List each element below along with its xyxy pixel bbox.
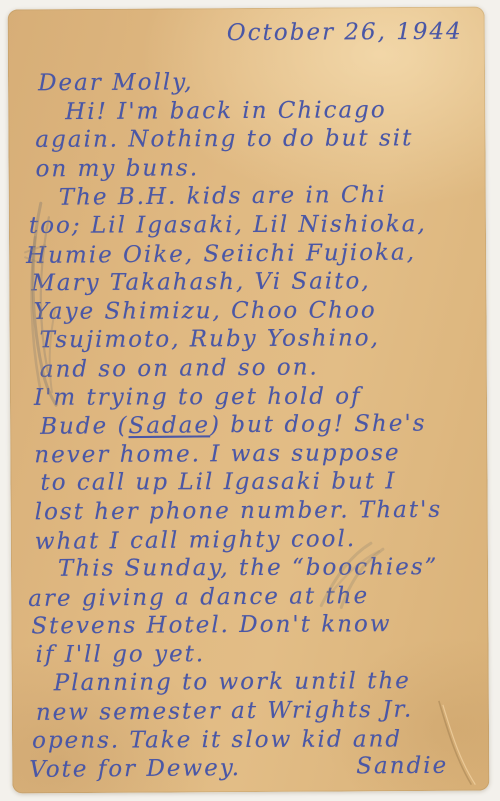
- letter-line: and so on and so on.: [40, 352, 477, 384]
- letter-line: never home. I was suppose: [34, 438, 477, 469]
- letter-line: what I call mighty cool.: [35, 524, 478, 556]
- letter-line: opens. Take it slow kid and: [32, 725, 479, 755]
- letter-signature: Sandie: [356, 753, 448, 780]
- letter-line: are giving a dance at the: [28, 581, 478, 614]
- photo-background: October 26, 1944 Dear Molly, Hi! I'm bac…: [0, 0, 500, 801]
- letter-salutation: Dear Molly,: [38, 67, 475, 98]
- letter-line: Planning to work until the: [54, 667, 479, 698]
- letter-line: Humie Oike, Seiichi Fujioka,: [26, 238, 476, 271]
- letter-line: on my buns.: [35, 152, 475, 183]
- letter-line: Bude (Sadae) but dog! She's: [40, 409, 477, 441]
- letter-line: Hi! I'm back in Chicago: [65, 95, 475, 126]
- letter-line: Tsujimoto, Ruby Yoshino,: [40, 324, 477, 355]
- letter-line: again. Nothing to do but sit: [35, 124, 475, 154]
- letter-line: new semester at Wrights Jr.: [36, 695, 479, 727]
- postcard-paper: October 26, 1944 Dear Molly, Hi! I'm bac…: [8, 7, 490, 794]
- letter-line: Stevens Hotel. Don't know: [31, 610, 478, 641]
- letter-line: to call up Lil Igasaki but I: [40, 467, 477, 497]
- letter-line: Mary Takahash, Vi Saito,: [31, 267, 476, 298]
- letter-line: if I'll go yet.: [35, 639, 478, 669]
- letter-date: October 26, 1944: [227, 19, 463, 46]
- letter-line: I'm trying to get hold of: [34, 382, 477, 412]
- letter-line: This Sunday, the “boochies”: [58, 553, 478, 583]
- letter-body: Dear Molly, Hi! I'm back in Chicagoagain…: [22, 67, 479, 785]
- letter-line: lost her phone number. That's: [35, 496, 478, 527]
- letter-line: The B.H. kids are in Chi: [59, 180, 476, 212]
- letter-line: too; Lil Igasaki, Lil Nishioka,: [29, 210, 476, 240]
- letter-line: Yaye Shimizu, Choo Choo: [33, 296, 476, 326]
